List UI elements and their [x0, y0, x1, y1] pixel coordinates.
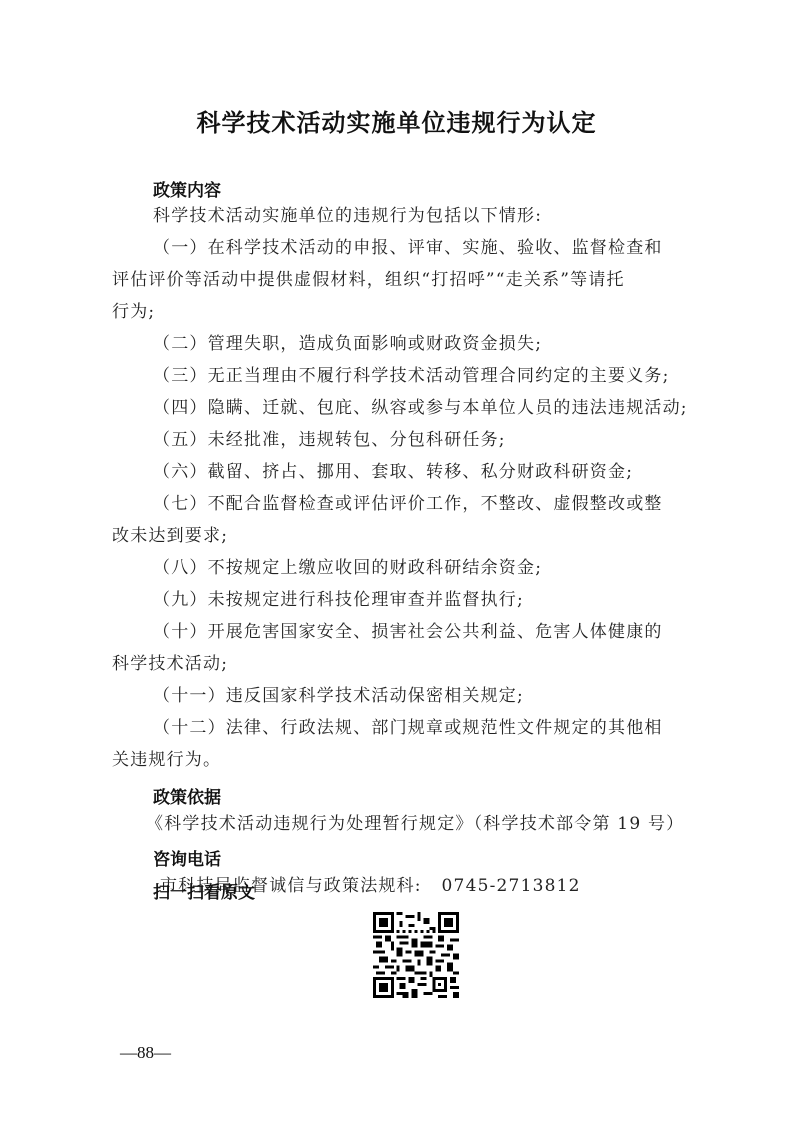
- item-10-line-1: （十）开展危害国家安全、损害社会公共利益、危害人体健康的: [153, 616, 723, 648]
- basis-text: 《科学技术活动违规行为处理暂行规定》（科学技术部令第 19 号）: [146, 808, 716, 840]
- item-12-line-1: （十二）法律、行政法规、部门规章或规范性文件规定的其他相: [153, 712, 723, 744]
- document-title: 科学技术活动实施单位违规行为认定: [0, 103, 793, 138]
- item-6: （六）截留、挤占、挪用、套取、转移、私分财政科研资金;: [153, 456, 723, 488]
- section-heading-basis: 政策依据: [153, 783, 221, 808]
- item-11: （十一）违反国家科学技术活动保密相关规定;: [153, 680, 723, 712]
- item-1-line-2: 评估评价等活动中提供虚假材料，组织“打招呼”“走关系”等请托: [112, 264, 682, 296]
- item-12-line-2: 关违规行为。: [112, 744, 682, 776]
- item-7-line-1: （七）不配合监督检查或评估评价工作，不整改、虚假整改或整: [153, 488, 723, 520]
- section-heading-phone: 咨询电话: [153, 845, 221, 870]
- qr-code-image: [373, 912, 459, 998]
- section-heading-content: 政策内容: [153, 176, 221, 201]
- item-8: （八）不按规定上缴应收回的财政科研结余资金;: [153, 552, 723, 584]
- intro-text: 科学技术活动实施单位的违规行为包括以下情形:: [153, 200, 723, 232]
- item-9: （九）未按规定进行科技伦理审查并监督执行;: [153, 584, 723, 616]
- item-3: （三）无正当理由不履行科学技术活动管理合同约定的主要义务;: [153, 360, 723, 392]
- item-1-line-1: （一）在科学技术活动的申报、评审、实施、验收、监督检查和: [153, 232, 723, 264]
- page-number: —88—: [120, 1043, 171, 1063]
- item-5: （五）未经批准，违规转包、分包科研任务;: [153, 424, 723, 456]
- item-10-line-2: 科学技术活动;: [112, 648, 682, 680]
- item-1-line-3: 行为;: [112, 296, 682, 328]
- item-2: （二）管理失职，造成负面影响或财政资金损失;: [153, 328, 723, 360]
- item-7-line-2: 改未达到要求;: [112, 520, 682, 552]
- item-4: （四）隐瞒、迁就、包庇、纵容或参与本单位人员的违法违规活动;: [153, 392, 723, 424]
- section-heading-qr: 扫一扫看原文: [153, 878, 255, 903]
